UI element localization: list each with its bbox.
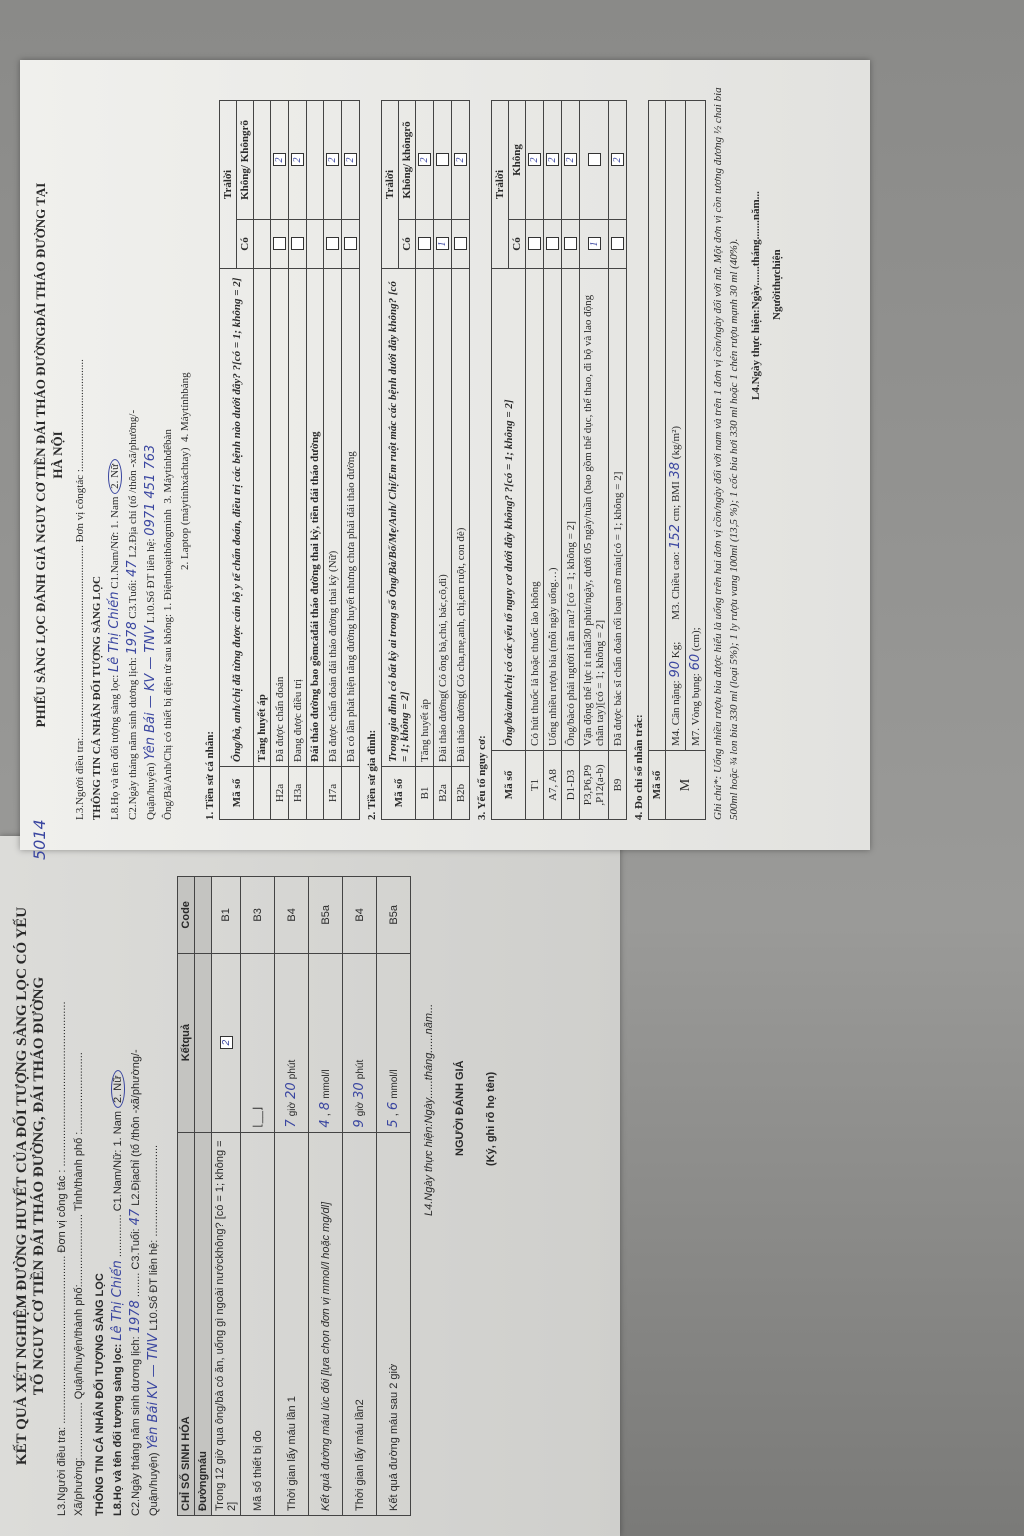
col-header-yes: Có <box>237 220 254 269</box>
row-code: H2a <box>271 767 289 820</box>
row-label: Thời gian lấy máu lần 1 <box>275 1132 309 1515</box>
investigator-row: L3.Người điều tra: .....................… <box>54 856 71 1516</box>
weight-value[interactable]: 90 <box>668 661 683 678</box>
yes-checkbox[interactable] <box>611 238 624 251</box>
district-row: Quận/huyện) Yên Bái KV — TNV L10.Số ĐT l… <box>145 856 163 1516</box>
row-code: B3 <box>241 877 275 954</box>
col-header-no: Không/ khôngrõ <box>399 101 416 220</box>
name-label: L8.Họ và tên đối tượng sàng lọc: <box>112 1344 124 1516</box>
glucose-dec[interactable]: 6 <box>386 1102 401 1110</box>
province-field[interactable]: .......................... <box>73 1052 85 1131</box>
no-checkbox[interactable]: 2 <box>546 154 559 167</box>
unit-field[interactable]: ........................................… <box>56 1001 68 1166</box>
col-header-answer: Trảlời <box>492 101 509 269</box>
row-label: Kết quả đường máu lúc đói [lựa chọn đơn … <box>309 1132 343 1515</box>
col-header-no: Không/ Khôngrõ <box>237 101 254 220</box>
yes-checkbox[interactable]: 1 <box>588 238 601 251</box>
row-label: Uống nhiều rượu bia (mỗi ngày uống…) <box>544 269 562 751</box>
sheet-title: KẾT QUẢ XÉT NGHIỆM ĐƯỜNG HUYẾT CỦA ĐỐI T… <box>14 856 48 1516</box>
table-row: M7. Vòng bụng: 60 (cm); <box>686 101 706 820</box>
row-label: Có hút thuốc lá hoặc thuốc lào không <box>526 269 544 751</box>
row-code: B5a <box>377 877 411 954</box>
district-row: Quận/huyện) Yên Bái — KV — TNV L10.Số ĐT… <box>142 90 160 820</box>
no-checkbox[interactable]: 2 <box>273 154 286 167</box>
table-row: Mã số thiết bị đo ⌊__⌋ B3 <box>241 877 275 1516</box>
table-row: H3aĐang được điều trị2 <box>289 101 307 820</box>
table-row: Thời gian lấy máu lần2 9 giờ 30 phút B4 <box>343 877 377 1516</box>
age-label: C3.Tuổi: <box>127 580 139 619</box>
name-value[interactable]: Lê Thị Chiến <box>110 1260 125 1340</box>
birth-row: C2.Ngày tháng năm sinh dương lịch: 1978 … <box>127 856 145 1516</box>
birthdate-value[interactable]: 1978 <box>128 1300 143 1333</box>
col-header-answer: Trảlời <box>220 101 237 269</box>
title-line-2: HÀ NỘI <box>49 90 66 820</box>
col-header-question: Ông/bà/anh/chị có các yếu tố nguy cơ dướ… <box>492 269 526 751</box>
table-row: B2aĐái tháo đường( Có ông bà,chú, bác,cô… <box>434 101 452 820</box>
screening-form-sheet: 5014 PHIẾU SÀNG LỌC ĐÁNH GIÁ NGUY CƠ TIỀ… <box>20 60 870 850</box>
minute-unit: phút <box>287 1060 298 1079</box>
investigator-field[interactable]: ........................................… <box>74 545 86 738</box>
ward-field[interactable]: .................. <box>73 1402 85 1457</box>
sheet-title: PHIẾU SÀNG LỌC ĐÁNH GIÁ NGUY CƠ TIỀN ĐÁI… <box>32 90 66 820</box>
row-label: Đang được điều trị <box>289 269 307 767</box>
table-row: Thời gian lấy máu lần 1 7 giờ 20 phút B4 <box>275 877 309 1516</box>
glucose-unit: mmol/l <box>321 1069 332 1098</box>
table-row: A7, A8Uống nhiều rượu bia (mỗi ngày uống… <box>544 101 562 820</box>
row-code: B4 <box>275 877 309 954</box>
ward-label: Xã/phường: <box>73 1457 85 1516</box>
bmi-unit: (kg/m²) <box>670 426 682 459</box>
age-label: C3.Tuổi: <box>130 1228 142 1269</box>
gender-selected[interactable]: 2. Nữ <box>108 459 122 494</box>
signer-label: Ngườithựchiện <box>769 90 786 320</box>
row-code: B9 <box>609 751 627 820</box>
table-row: B1Tăng huyết áp2 <box>416 101 434 820</box>
name-row: L8.Họ và tên đối tượng sàng lọc: Lê Thị … <box>106 90 124 820</box>
corner-note: 5014 <box>30 819 49 860</box>
row-code: B2a <box>434 767 452 820</box>
no-checkbox[interactable]: 2 <box>454 154 467 167</box>
table-row: Đái tháo đường bao gồmcảđái tháo đường t… <box>307 101 324 820</box>
row-code <box>342 767 360 820</box>
device-code-field[interactable]: ⌊__⌋ <box>241 953 275 1132</box>
glucose-dec[interactable]: 8 <box>318 1102 333 1110</box>
weight-unit: Kg; <box>670 642 682 659</box>
district-label: Quận/huyện) <box>145 763 157 820</box>
yes-checkbox[interactable] <box>326 238 339 251</box>
hour-unit: giờ <box>287 1102 298 1116</box>
col-header-yes: Có <box>399 220 416 269</box>
birthdate-value[interactable]: 1978 <box>125 621 140 654</box>
table-row: Trong 12 giờ qua ông/bà có ăn, uống gì n… <box>212 877 241 1516</box>
location-row: Xã/phường:.................. Quận/huyện/… <box>71 856 88 1516</box>
investigator-row: L3.Người điều tra:......................… <box>72 90 89 820</box>
phone-label: L10.Số ĐT liên hệ: <box>145 538 157 623</box>
col-header-code: Mã số <box>649 751 666 820</box>
col-header-no: Không <box>509 101 526 220</box>
gender-selected[interactable]: 2. Nữ <box>111 1070 125 1108</box>
date-line: L4.Ngày thực hiện:Ngày.......tháng......… <box>748 90 765 400</box>
table-row: Đã có lần phát hiện tăng đường huyết như… <box>342 101 360 820</box>
yes-checkbox[interactable]: 1 <box>436 238 449 251</box>
yes-checkbox[interactable] <box>546 238 559 251</box>
province-label: Tỉnh/thành phố : <box>73 1132 85 1212</box>
lab-result-sheet: KẾT QUẢ XÉT NGHIỆM ĐƯỜNG HUYẾT CỦA ĐỐI T… <box>0 836 620 1536</box>
minute-unit: phút <box>355 1060 366 1079</box>
row-code: M <box>666 751 706 820</box>
no-checkbox[interactable]: 2 <box>528 154 541 167</box>
investigator-field[interactable]: ........................................… <box>56 1256 68 1424</box>
minute-value[interactable]: 30 <box>352 1082 367 1099</box>
col-header-answer: Trảlời <box>382 101 399 269</box>
table-row: Kết quả đường máu sau 2 giờ 5 , 6 mmol/l… <box>377 877 411 1516</box>
table-row: H7aĐã được chẩn đoán đái tháo đường thai… <box>324 101 342 820</box>
gender-label: C1.Nam/Nữ: 1. Nam <box>109 497 121 589</box>
minute-value[interactable]: 20 <box>284 1082 299 1099</box>
waist-value[interactable]: 60 <box>688 654 703 671</box>
row-code: P3,P6,P9 ,P12(a-b) <box>580 751 609 820</box>
row-code: B4 <box>343 877 377 954</box>
section-3-title: 3. Yếu tố nguy cơ: <box>474 90 491 820</box>
yes-checkbox[interactable] <box>273 238 286 251</box>
bmi-label: BMI <box>670 481 682 502</box>
row-code: B2b <box>452 767 470 820</box>
table-row: Đườngmáu <box>195 877 212 1516</box>
personal-history-table: Mã số Ông/bà, anh/chị đã từng được cán b… <box>219 100 360 820</box>
height-unit: cm; <box>670 505 682 522</box>
table-row: Tăng huyết áp <box>254 101 271 820</box>
row-label: Tăng huyết áp <box>254 269 271 767</box>
col-header-code: Code <box>178 877 195 954</box>
unit-label: Đơn vị công tác : <box>56 1170 68 1253</box>
row-code: H7a <box>324 767 342 820</box>
footnote: Ghi chú*: Uống nhiều rượu bia được hiểu … <box>710 80 742 820</box>
yes-checkbox[interactable] <box>291 238 304 251</box>
section-4-title: 4. Đo chỉ số nhân trắc: <box>631 90 648 820</box>
row-label: Tăng huyết áp <box>416 269 434 767</box>
section-1-title: 1. Tiền sử cá nhân: <box>202 90 219 820</box>
no-checkbox[interactable]: 2 <box>564 154 577 167</box>
height-value[interactable]: 152 <box>668 524 683 549</box>
col-header-code: Mã số <box>220 767 254 820</box>
district2-label: Quận/huyện) <box>148 1452 160 1516</box>
row-code: B5a <box>309 877 343 954</box>
col-header-question: Ông/bà, anh/chị đã từng được cán bộ y tế… <box>220 269 254 767</box>
anthropometric-table: Mã số M M4. Cân nặng: 90 Kg; M3. Chiều c… <box>648 100 706 820</box>
row-code: B1 <box>416 767 434 820</box>
row-label: Đái tháo đường( Có ông bà,chú, bác,cô,dì… <box>434 269 452 767</box>
assessor-title: NGƯỜI ĐÁNH GIÁ <box>452 856 469 1156</box>
assessor-note: (Ký, ghi rõ họ tên) <box>483 856 500 1166</box>
district-field[interactable]: ....................... <box>73 1214 85 1284</box>
waist-unit: (cm); <box>690 627 702 651</box>
row-label: Đái tháo đường( Có cha,mẹ,anh, chị,em ru… <box>452 269 470 767</box>
table-row: T1Có hút thuốc lá hoặc thuốc lào không2 <box>526 101 544 820</box>
device-label: Ông/Bà/Anh/Chị có thiết bị điện tử sau k… <box>162 614 174 820</box>
no-checkbox[interactable]: 2 <box>611 154 624 167</box>
row-label: Ông/bàcó phải người ít ăn rau? [có = 1; … <box>562 269 580 751</box>
table-row: M M4. Cân nặng: 90 Kg; M3. Chiều cao: 15… <box>666 101 686 820</box>
device-option[interactable]: 2. Laptop (máytínhxáchtay) <box>179 448 191 571</box>
row-code: T1 <box>526 751 544 820</box>
device-option[interactable]: 3. Máytínhđểbàn <box>162 429 174 504</box>
biochem-table: CHỈ SỐ SINH HÓA Kếtquả Code Đườngmáu Tro… <box>177 876 411 1516</box>
bmi-value[interactable]: 38 <box>668 462 683 479</box>
phone-field[interactable]: .............................. <box>148 1145 160 1237</box>
hour-value[interactable]: 7 <box>284 1119 299 1127</box>
row-label: Trong 12 giờ qua ông/bà có ăn, uống gì n… <box>212 1132 241 1515</box>
answer-box[interactable]: 2 <box>220 1036 233 1049</box>
row-label: Đã được bác sĩ chẩn đoán rối loạn mỡ máu… <box>609 269 627 751</box>
weight-label: M4. Cân nặng: <box>670 680 682 746</box>
row-code <box>307 767 324 820</box>
no-checkbox[interactable]: 2 <box>291 154 304 167</box>
date-line: L4.Ngày thực hiện:Ngày......tháng......n… <box>421 856 438 1216</box>
age-value[interactable]: 47 <box>125 560 140 577</box>
row-label: Thời gian lấy máu lần2 <box>343 1132 377 1515</box>
yes-checkbox[interactable] <box>418 238 431 251</box>
unit-field[interactable]: ........................................ <box>74 359 86 469</box>
row-label: Đườngmáu <box>195 1132 212 1515</box>
risk-factor-table: Mã số Ông/bà/anh/chị có các yếu tố nguy … <box>491 100 627 820</box>
no-checkbox[interactable] <box>588 154 601 167</box>
col-header-yes: Có <box>509 220 526 269</box>
personal-info-heading: THÔNG TIN CÁ NHÂN ĐỐI TƯỢNG SÀNG LỌC <box>89 90 106 820</box>
investigator-label: L3.Người điều tra: <box>56 1427 68 1516</box>
address-label: L2.Địa chỉ (tổ /thôn -xã/phường/- <box>127 410 139 558</box>
row-label: Đái tháo đường bao gồmcảđái tháo đường t… <box>307 269 324 767</box>
name-label: L8.Họ và tên đối tượng sàng lọc: <box>109 675 121 820</box>
yes-checkbox[interactable] <box>528 238 541 251</box>
row-code: D1-D3 <box>562 751 580 820</box>
row-label: Kết quả đường máu sau 2 giờ <box>377 1132 411 1515</box>
table-row: D1-D3Ông/bàcó phải người ít ăn rau? [có … <box>562 101 580 820</box>
birthdate-label: C2.Ngày tháng năm sinh dương lịch: <box>127 657 139 820</box>
phone-label: L10.Số ĐT liên hệ: <box>148 1240 160 1331</box>
row-label: Đã được chẩn đoán đái tháo đường thai kỳ… <box>324 269 342 767</box>
row-label: Vận động thể lực ít nhất30 phút/ngày, dư… <box>580 269 609 751</box>
col-header-code: Mã số <box>492 751 526 820</box>
address-value[interactable]: KV — TNV <box>146 1334 161 1399</box>
device-row-2: 2. Laptop (máytínhxáchtay) 4. Máytínhbản… <box>177 90 194 820</box>
hour-unit: giờ <box>355 1102 366 1116</box>
row-label: Mã số thiết bị đo <box>241 1132 275 1515</box>
row-code: B1 <box>212 877 241 954</box>
row-code <box>254 767 271 820</box>
yes-checkbox[interactable] <box>344 238 357 251</box>
district2-value[interactable]: Yên Bái <box>146 1402 161 1449</box>
table-row: B2bĐái tháo đường( Có cha,mẹ,anh, chị,em… <box>452 101 470 820</box>
row-code: A7, A8 <box>544 751 562 820</box>
gender-label: C1.Nam/Nữ: 1. Nam <box>112 1111 124 1211</box>
district-label: Quận/huyện/thành phố: <box>73 1284 85 1399</box>
no-checkbox[interactable]: 2 <box>326 154 339 167</box>
col-header-code: Mã số <box>382 767 416 820</box>
table-row: H2aĐã được chẩn đoán2 <box>271 101 289 820</box>
device-row: Ông/Bà/Anh/Chị có thiết bị điện tử sau k… <box>160 90 177 820</box>
unit-label: Đơn vị côngtác : <box>74 469 86 542</box>
district-value[interactable]: Yên Bái — KV — TNV <box>143 626 158 760</box>
glucose-int[interactable]: 4 <box>318 1119 333 1127</box>
family-history-table: Mã số Trong gia đình có bất kỳ ai trong … <box>381 100 470 820</box>
name-row: L8.Họ và tên đối tượng sàng lọc: Lê Thị … <box>109 856 127 1516</box>
row-label: Đã có lần phát hiện tăng đường huyết như… <box>342 269 360 767</box>
glucose-unit: mmol/l <box>389 1069 400 1098</box>
height-label: M3. Chiều cao: <box>670 552 682 620</box>
name-value[interactable]: Lê Thị Chiến <box>107 591 122 671</box>
no-checkbox[interactable] <box>436 154 449 167</box>
row-label: Đã được chẩn đoán <box>271 269 289 767</box>
table-row: P3,P6,P9 ,P12(a-b)Vận động thể lực ít nh… <box>580 101 609 820</box>
device-option[interactable]: 4. Máytínhbảng <box>179 372 191 442</box>
device-option[interactable]: 1. Điệnthoạithôngminh <box>162 509 174 611</box>
birthdate-label: C2.Ngày tháng năm sinh dương lịch: <box>130 1336 142 1516</box>
col-header-result: Kếtquả <box>178 953 195 1132</box>
investigator-label: L3.Người điều tra: <box>74 738 86 820</box>
title-line-2: TỐ NGUY CƠ TIỀN ĐÁI THÁO ĐƯỜNG, ĐÁI THÁO… <box>31 856 48 1516</box>
no-checkbox[interactable]: 2 <box>418 154 431 167</box>
table-row: Kết quả đường máu lúc đói [lựa chọn đơn … <box>309 877 343 1516</box>
no-checkbox[interactable]: 2 <box>344 154 357 167</box>
personal-info-heading: THÔNG TIN CÁ NHÂN ĐỐI TƯỢNG SÀNG LỌC <box>92 856 109 1516</box>
phone-value[interactable]: 0971 451 763 <box>143 445 158 536</box>
hour-value[interactable]: 9 <box>352 1119 367 1127</box>
title-line-1: PHIẾU SÀNG LỌC ĐÁNH GIÁ NGUY CƠ TIỀN ĐÁI… <box>32 90 49 820</box>
yes-checkbox[interactable] <box>564 238 577 251</box>
birth-row: C2.Ngày tháng năm sinh dương lịch: 1978 … <box>124 90 142 820</box>
yes-checkbox[interactable] <box>454 238 467 251</box>
col-header-index: CHỈ SỐ SINH HÓA <box>178 1132 195 1515</box>
col-header-question: Trong gia đình có bất kỳ ai trong số Ông… <box>382 269 416 767</box>
table-row: B9Đã được bác sĩ chẩn đoán rối loạn mỡ m… <box>609 101 627 820</box>
address-label: L2.Địachỉ (tổ /thôn -xã/phường/- <box>130 1049 142 1205</box>
age-value[interactable]: 47 <box>128 1209 143 1226</box>
title-line-1: KẾT QUẢ XÉT NGHIỆM ĐƯỜNG HUYẾT CỦA ĐỐI T… <box>14 856 31 1516</box>
row-code: H3a <box>289 767 307 820</box>
section-2-title: 2. Tiền sử gia đình: <box>364 90 381 820</box>
waist-label: M7. Vòng bụng: <box>690 673 702 746</box>
glucose-int[interactable]: 5 <box>386 1119 401 1127</box>
